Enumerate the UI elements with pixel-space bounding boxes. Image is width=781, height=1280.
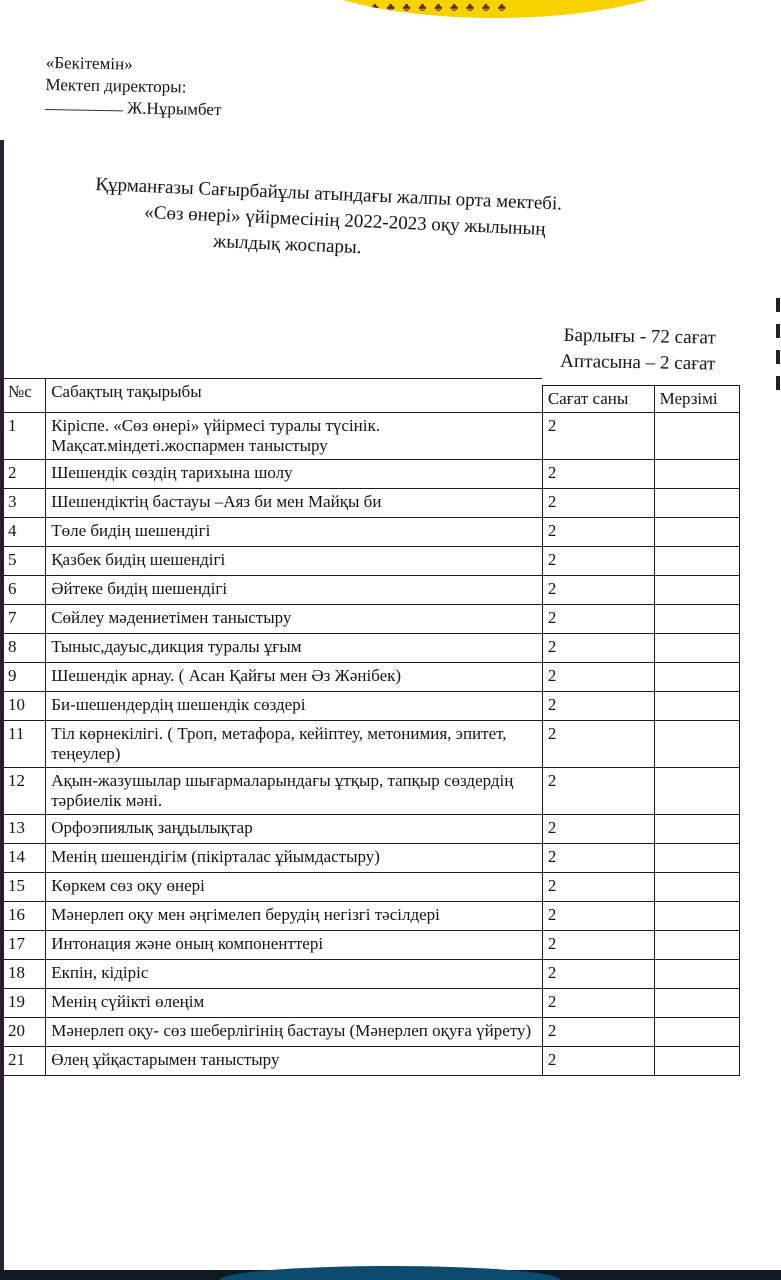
row-hours: 2 (542, 546, 654, 575)
row-hours: 2 (542, 901, 654, 930)
row-hours: 2 (542, 814, 654, 843)
table-row: 2Шешендік сөздің тарихына шолу2 (3, 459, 740, 488)
row-number: 4 (3, 517, 46, 546)
row-topic: Шешендік арнау. ( Асан Қайғы мен Әз Жәні… (46, 662, 543, 691)
row-date (654, 767, 739, 814)
director-name: Ж.Нұрымбет (127, 98, 222, 119)
row-number: 14 (3, 843, 46, 872)
row-number: 11 (3, 720, 46, 767)
row-number: 17 (3, 930, 46, 959)
director-signature-line: Ж.Нұрымбет (45, 96, 222, 121)
row-date (654, 546, 739, 575)
table-row: 20Мәнерлеп оқу- сөз шеберлігінің бастауы… (3, 1017, 740, 1046)
row-topic: Сөйлеу мәдениетімен таныстыру (46, 604, 543, 633)
table-row: 7Сөйлеу мәдениетімен таныстыру2 (3, 604, 740, 633)
table-row: 14Менің шешендігім (пікірталас ұйымдасты… (3, 843, 740, 872)
row-topic: Би-шешендердің шешендік сөздері (46, 691, 543, 720)
table-row: 21Өлең ұйқастарымен таныстыру2 (3, 1046, 740, 1075)
hours-totals: Барлығы - 72 сағат Аптасына – 2 сағат (515, 322, 716, 377)
row-hours: 2 (542, 930, 654, 959)
row-number: 10 (3, 691, 46, 720)
table-row: 13Орфоэпиялық заңдылықтар2 (3, 814, 740, 843)
row-topic: Тыныс,дауыс,дикция туралы ұғым (46, 633, 543, 662)
table-row: 10Би-шешендердің шешендік сөздері2 (3, 691, 740, 720)
row-date (654, 988, 739, 1017)
row-topic: Менің шешендігім (пікірталас ұйымдастыру… (46, 843, 543, 872)
row-topic: Интонация және оның компоненттері (46, 930, 543, 959)
yellow-object-top: ♣♣♣♣♣♣♣♣♣♣ (285, 0, 705, 18)
table-row: 17Интонация және оның компоненттері2 (3, 930, 740, 959)
row-hours: 2 (542, 662, 654, 691)
table-row: 8Тыныс,дауыс,дикция туралы ұғым2 (3, 633, 740, 662)
row-hours: 2 (542, 959, 654, 988)
row-hours: 2 (542, 459, 654, 488)
row-number: 20 (3, 1017, 46, 1046)
row-hours: 2 (542, 633, 654, 662)
row-date (654, 691, 739, 720)
row-hours: 2 (542, 1046, 654, 1075)
right-edge-marks (776, 298, 781, 418)
row-date (654, 662, 739, 691)
row-date (654, 604, 739, 633)
row-topic: Екпін, кідіріс (46, 959, 543, 988)
row-topic: Тіл көрнекілігі. ( Троп, метафора, кейіп… (46, 720, 543, 767)
row-topic: Мәнерлеп оқу- сөз шеберлігінің бастауы (… (46, 1017, 543, 1046)
header-number: №с (3, 379, 46, 413)
row-topic: Менің сүйікті өлеңім (46, 988, 543, 1017)
row-topic: Көркем сөз оқу өнері (46, 872, 543, 901)
row-number: 5 (3, 546, 46, 575)
row-date (654, 633, 739, 662)
approval-block: «Бекітемін» Мектеп директоры: Ж.Нұрымбет (45, 52, 222, 121)
director-position-label: Мектеп директоры: (45, 74, 222, 99)
row-date (654, 930, 739, 959)
row-topic: Қазбек бидің шешендігі (46, 546, 543, 575)
row-number: 3 (3, 488, 46, 517)
row-number: 13 (3, 814, 46, 843)
row-date (654, 459, 739, 488)
row-hours: 2 (542, 575, 654, 604)
row-hours: 2 (542, 488, 654, 517)
row-date (654, 814, 739, 843)
row-number: 9 (3, 662, 46, 691)
row-number: 1 (3, 412, 46, 459)
row-number: 19 (3, 988, 46, 1017)
row-topic: Кіріспе. «Сөз өнері» үйірмесі туралы түс… (46, 412, 543, 459)
weekly-hours: Аптасына – 2 сағат (515, 348, 715, 377)
row-date (654, 843, 739, 872)
row-topic: Өлең ұйқастарымен таныстыру (46, 1046, 543, 1075)
table-row: 6Әйтеке бидің шешендігі2 (3, 575, 740, 604)
row-date (654, 488, 739, 517)
row-date (654, 412, 739, 459)
row-number: 8 (3, 633, 46, 662)
row-number: 2 (3, 459, 46, 488)
header-topic: Сабақтың тақырыбы (46, 379, 543, 413)
row-hours: 2 (542, 720, 654, 767)
bottom-blue-object (220, 1266, 560, 1280)
row-date (654, 959, 739, 988)
row-topic: Орфоэпиялық заңдылықтар (46, 814, 543, 843)
row-number: 18 (3, 959, 46, 988)
row-number: 16 (3, 901, 46, 930)
header-date: Мерзімі (654, 385, 739, 412)
row-topic: Төле бидің шешендігі (46, 517, 543, 546)
table-row: 18Екпін, кідіріс2 (3, 959, 740, 988)
decorative-pattern: ♣♣♣♣♣♣♣♣♣♣ (355, 0, 514, 15)
row-number: 15 (3, 872, 46, 901)
row-hours: 2 (542, 604, 654, 633)
row-topic: Шешендік сөздің тарихына шолу (46, 459, 543, 488)
row-hours: 2 (542, 843, 654, 872)
row-number: 6 (3, 575, 46, 604)
row-date (654, 720, 739, 767)
row-hours: 2 (542, 412, 654, 459)
row-topic: Мәнерлеп оқу мен әңгімелеп берудің негіз… (46, 901, 543, 930)
row-hours: 2 (542, 767, 654, 814)
row-number: 7 (3, 604, 46, 633)
header-hours: Сағат саны (542, 385, 654, 412)
table-row: 1Кіріспе. «Сөз өнері» үйірмесі туралы тү… (3, 412, 740, 459)
row-hours: 2 (542, 1017, 654, 1046)
row-date (654, 1046, 739, 1075)
table-row: 15Көркем сөз оқу өнері2 (3, 872, 740, 901)
table-row: 11Тіл көрнекілігі. ( Троп, метафора, кей… (3, 720, 740, 767)
table-row: 4Төле бидің шешендігі2 (3, 517, 740, 546)
table-row: 19Менің сүйікті өлеңім2 (3, 988, 740, 1017)
signature-underline (45, 109, 123, 111)
row-topic: Әйтеке бидің шешендігі (46, 575, 543, 604)
row-hours: 2 (542, 691, 654, 720)
row-date (654, 575, 739, 604)
document-title: Құрманғазы Сағырбайұлы атындағы жалпы ор… (93, 172, 696, 275)
row-date (654, 1017, 739, 1046)
table-row: 16Мәнерлеп оқу мен әңгімелеп берудің нег… (3, 901, 740, 930)
row-topic: Ақын-жазушылар шығармаларындағы ұтқыр, т… (46, 767, 543, 814)
row-topic: Шешендіктің бастауы –Аяз би мен Майқы би (46, 488, 543, 517)
table-row: 5Қазбек бидің шешендігі2 (3, 546, 740, 575)
annual-plan-table: №с Сабақтың тақырыбы Сағат саны Мерзімі … (2, 378, 740, 1076)
row-hours: 2 (542, 517, 654, 546)
approved-label: «Бекітемін» (46, 52, 223, 77)
row-date (654, 901, 739, 930)
table-row: 9Шешендік арнау. ( Асан Қайғы мен Әз Жән… (3, 662, 740, 691)
row-hours: 2 (542, 872, 654, 901)
row-number: 12 (3, 767, 46, 814)
row-hours: 2 (542, 988, 654, 1017)
table-row: 12Ақын-жазушылар шығармаларындағы ұтқыр,… (3, 767, 740, 814)
total-hours: Барлығы - 72 сағат (516, 322, 716, 351)
row-number: 21 (3, 1046, 46, 1075)
row-date (654, 517, 739, 546)
table-row: 3Шешендіктің бастауы –Аяз би мен Майқы б… (3, 488, 740, 517)
row-date (654, 872, 739, 901)
